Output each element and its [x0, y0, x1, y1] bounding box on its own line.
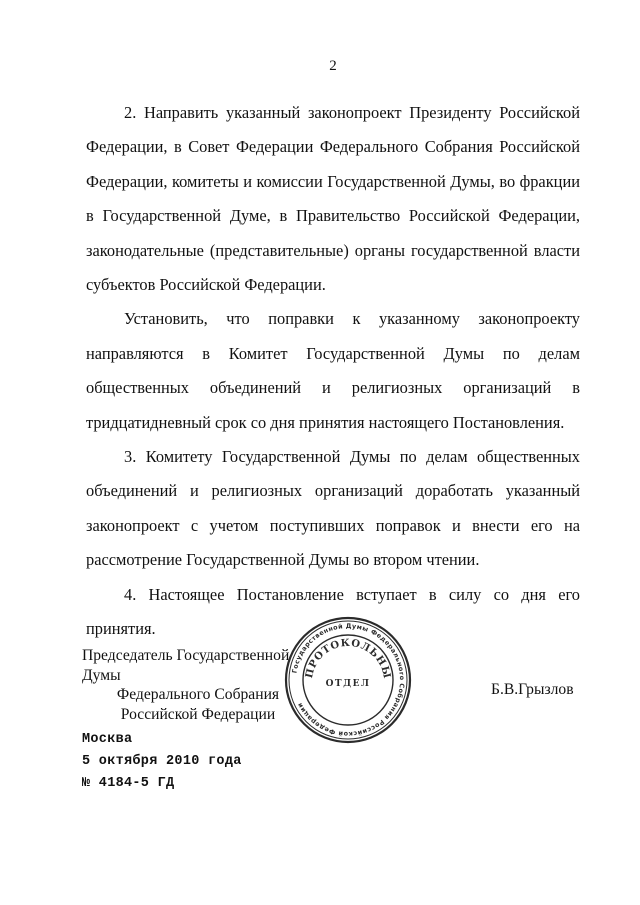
document-footer: Москва 5 октября 2010 года № 4184-5 ГД	[82, 729, 242, 795]
paragraph-amendments: Установить, что поправки к указанному за…	[86, 302, 580, 440]
footer-number: № 4184-5 ГД	[82, 773, 242, 795]
page-number: 2	[0, 58, 640, 75]
paragraph-4-effective: 4. Настоящее Постановление вступает в си…	[86, 578, 580, 647]
signatory-name: Б.В.Грызлов	[491, 681, 574, 699]
signatory-title-line-3: Российской Федерации	[82, 705, 314, 725]
stamp-center-text: ОТДЕЛ	[326, 679, 371, 689]
signatory-title: Председатель Государственной Думы Федера…	[82, 646, 314, 724]
signatory-title-line-1: Председатель Государственной Думы	[82, 646, 314, 685]
document-body: 2. Направить указанный законопроект През…	[86, 96, 580, 647]
paragraph-3-committee: 3. Комитету Государственной Думы по дела…	[86, 440, 580, 578]
footer-city: Москва	[82, 729, 242, 751]
paragraph-2-directive: 2. Направить указанный законопроект През…	[86, 96, 580, 302]
signatory-title-line-2: Федерального Собрания	[82, 685, 314, 705]
footer-date: 5 октября 2010 года	[82, 751, 242, 773]
